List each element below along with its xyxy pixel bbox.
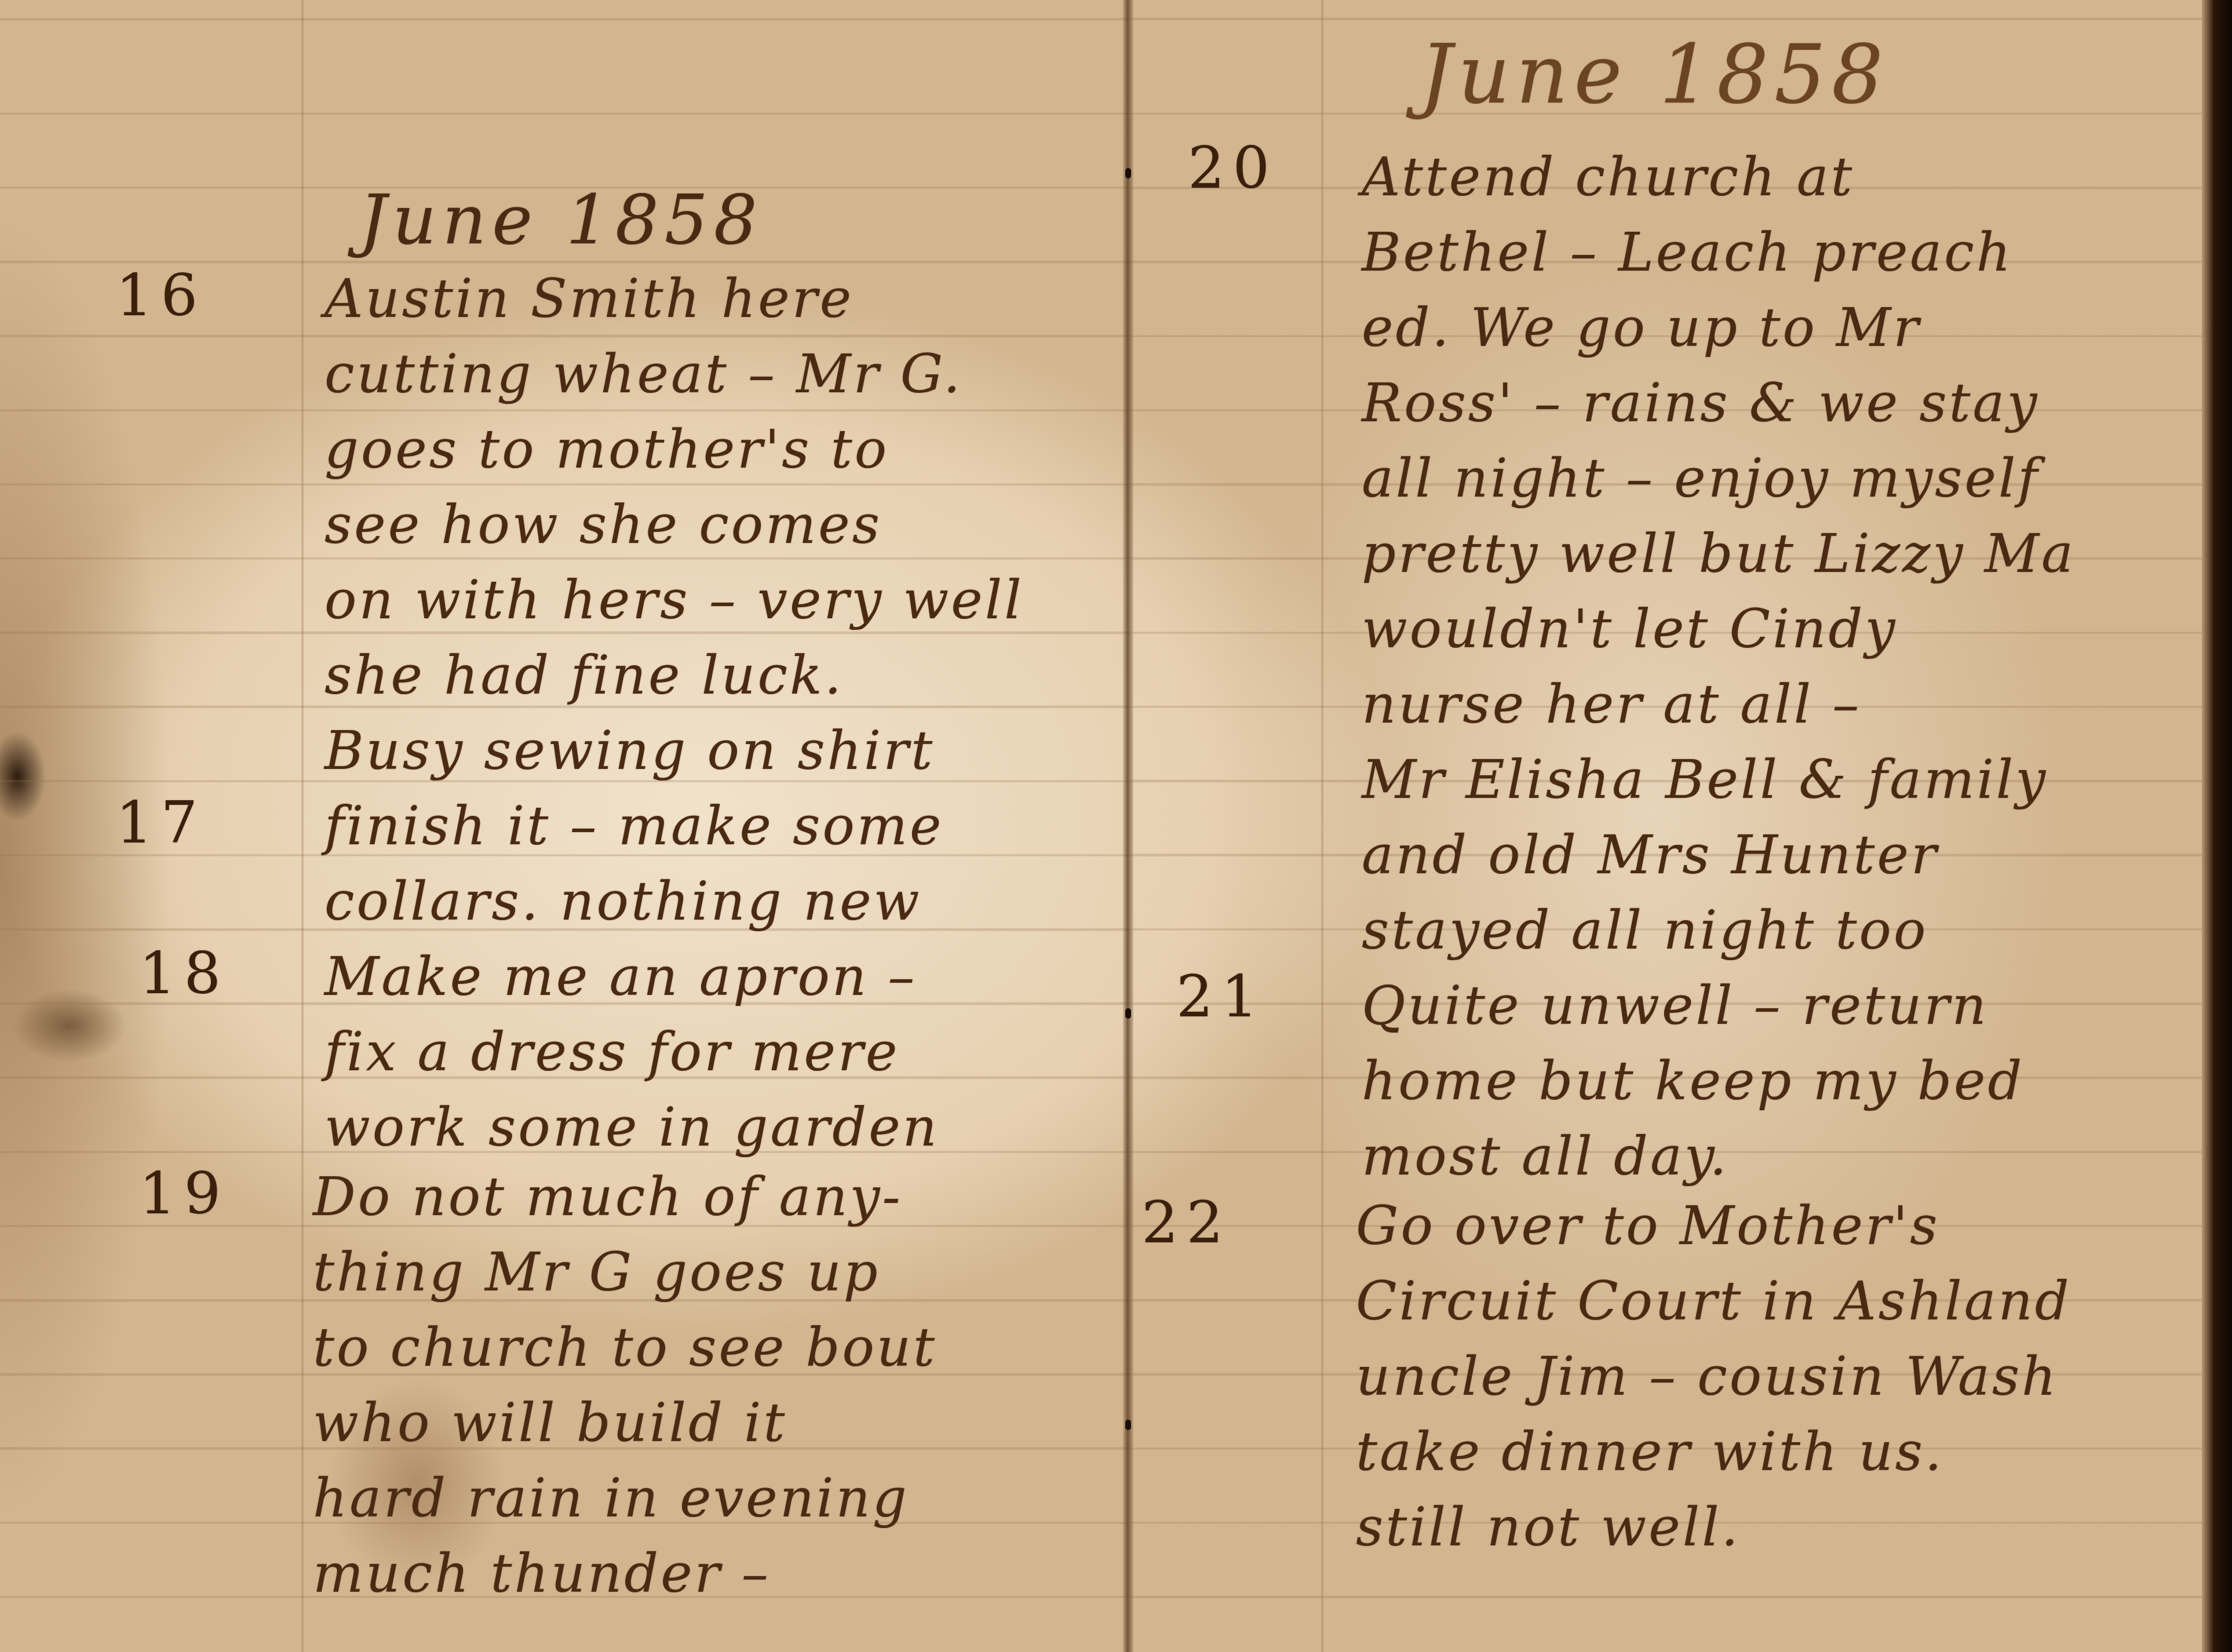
- diary-spread: June 1858 16 Austin Smith here cutting w…: [0, 0, 2232, 1652]
- entry-line: on with hers – very well: [324, 574, 1024, 627]
- entry-date: 17: [116, 794, 206, 852]
- entry-line: fix a dress for mere: [324, 1026, 899, 1079]
- entry-line: Quite unwell – return: [1362, 979, 1989, 1033]
- entry-line: wouldn't let Cindy: [1362, 603, 1897, 656]
- entry-line: most all day.: [1362, 1130, 1729, 1183]
- entry-line: Go over to Mother's: [1356, 1199, 1940, 1253]
- entry-line: ed. We go up to Mr: [1362, 301, 1921, 355]
- book-cover-edge: [2202, 0, 2232, 1652]
- entry-date: 19: [139, 1165, 229, 1223]
- entry-line: take dinner with us.: [1356, 1425, 1944, 1479]
- entry-line: who will build it: [313, 1396, 787, 1450]
- entry-line: Mr Elisha Bell & family: [1362, 753, 2048, 807]
- entry-line: Austin Smith here: [324, 272, 854, 326]
- entry-line: stayed all night too: [1362, 904, 1928, 957]
- entry-date: 21: [1176, 968, 1266, 1026]
- entry-line: Busy sewing on shirt: [324, 724, 935, 778]
- margin-rule: [1321, 0, 1323, 1652]
- entry-line: work some in garden: [324, 1101, 939, 1154]
- entry-line: nurse her at all –: [1362, 678, 1861, 731]
- entry-line: she had fine luck.: [324, 649, 844, 702]
- page-heading: June 1858: [1420, 35, 1889, 116]
- right-page: June 1858 20 Attend church at Bethel – L…: [1130, 0, 2219, 1652]
- entry-line: and old Mrs Hunter: [1362, 829, 1939, 882]
- entry-line: Attend church at: [1362, 151, 1854, 204]
- left-page: June 1858 16 Austin Smith here cutting w…: [0, 0, 1130, 1652]
- entry-line: all night – enjoy myself: [1362, 452, 2040, 505]
- entry-line: cutting wheat – Mr G.: [324, 348, 962, 401]
- entry-line: see how she comes: [324, 498, 882, 552]
- entry-line: much thunder –: [313, 1547, 771, 1600]
- entry-line: Make me an apron –: [324, 950, 917, 1004]
- entry-line: Bethel – Leach preach: [1362, 226, 2013, 279]
- entry-date: 20: [1188, 139, 1278, 197]
- entry-line: thing Mr G goes up: [313, 1246, 880, 1299]
- entry-line: finish it – make some: [324, 800, 944, 853]
- page-heading: June 1858: [359, 185, 763, 254]
- entry-line: uncle Jim – cousin Wash: [1356, 1350, 2058, 1403]
- entry-line: Ross' – rains & we stay: [1362, 377, 2039, 430]
- entry-date: 22: [1141, 1194, 1231, 1252]
- entry-line: still not well.: [1356, 1501, 1741, 1554]
- entry-line: collars. nothing new: [324, 875, 921, 928]
- entry-line: hard rain in evening: [313, 1472, 909, 1525]
- entry-line: Do not much of any-: [313, 1170, 903, 1224]
- margin-rule: [301, 0, 304, 1652]
- entry-line: pretty well but Lizzy Ma: [1362, 527, 2076, 581]
- entry-line: Circuit Court in Ashland: [1356, 1275, 2071, 1328]
- entry-date: 16: [116, 267, 206, 324]
- entry-date: 18: [139, 944, 229, 1002]
- entry-line: goes to mother's to: [324, 423, 889, 476]
- entry-line: to church to see bout: [313, 1321, 937, 1374]
- entry-line: home but keep my bed: [1362, 1055, 2024, 1108]
